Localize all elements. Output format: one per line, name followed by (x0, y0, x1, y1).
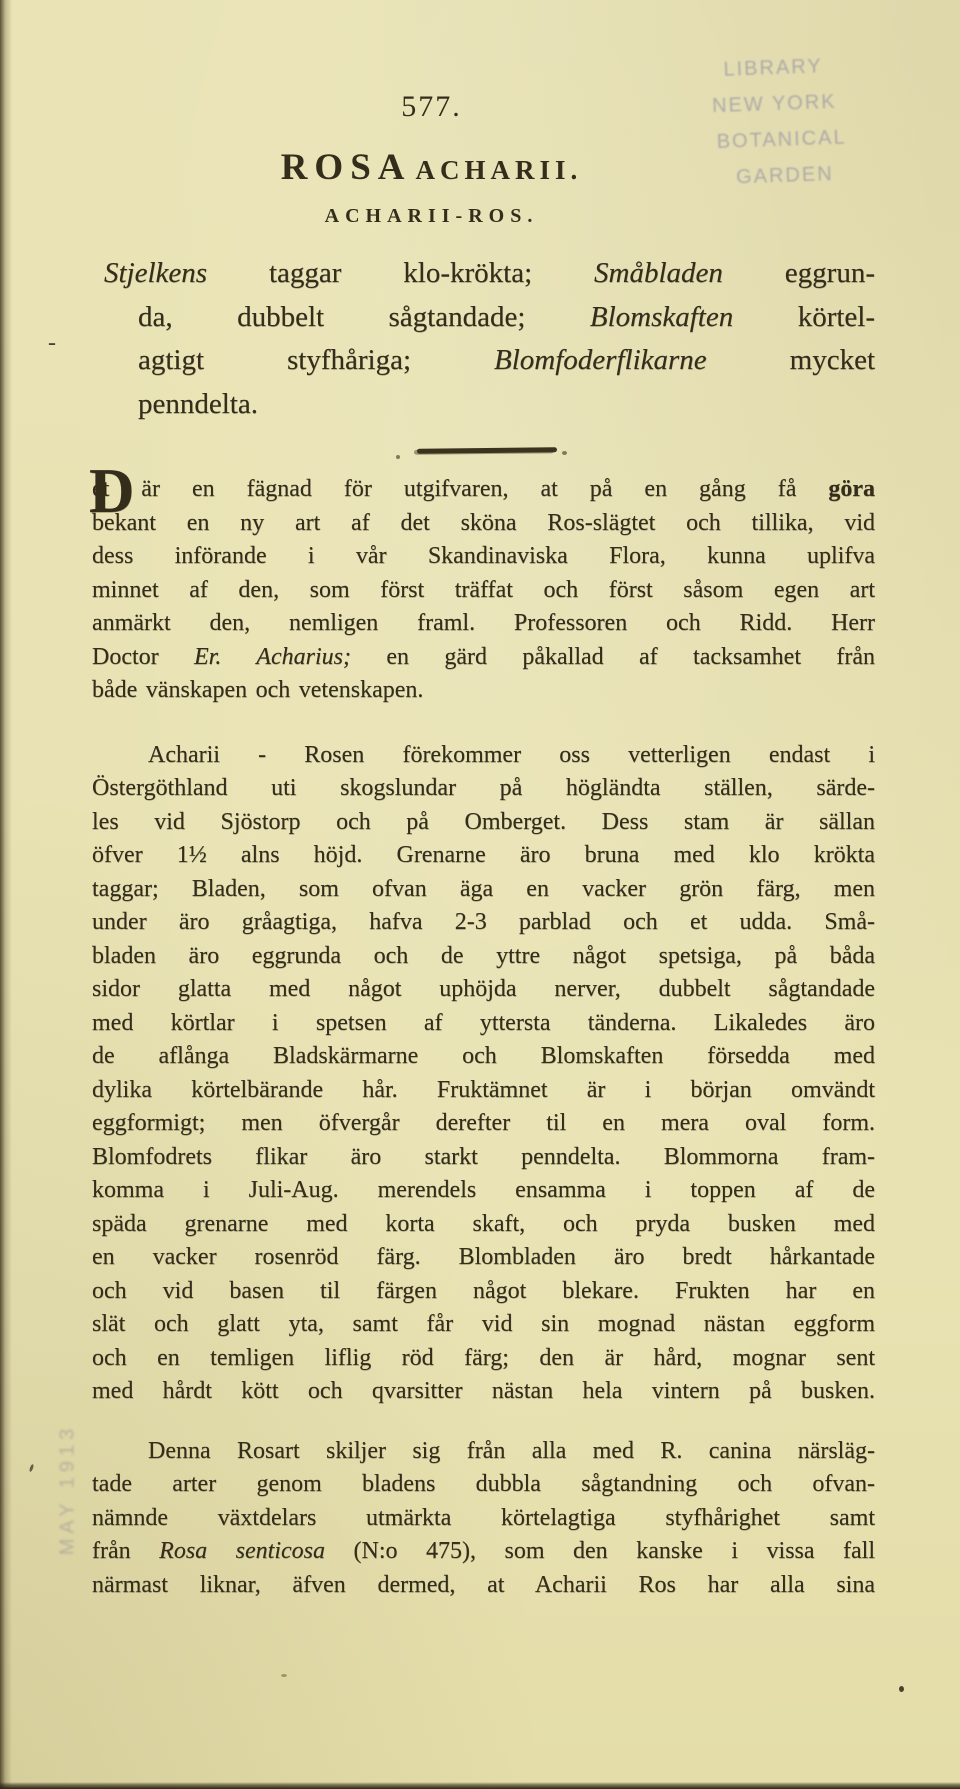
text-line: minnet af den, som först träffat och för… (92, 574, 875, 608)
text-segment: göra (828, 476, 875, 502)
species-title: ROSA ACHARII. (40, 146, 823, 189)
text-segment: körtel- (733, 301, 875, 333)
body-paragraph-2: Acharii - Rosen förekommer oss vetterlig… (92, 739, 875, 1409)
text-line: les vid Sjöstorp och på Omberget. Dess s… (92, 806, 875, 840)
text-segment: med hårdt kött och qvarsitter nästan hel… (92, 1378, 875, 1404)
text-line: nämnde växtdelars utmärkta körtelagtiga … (92, 1502, 875, 1536)
gutter-shadow (0, 0, 12, 1789)
text-segment: dylika körtelbärande hår. Fruktämnet är … (92, 1077, 875, 1103)
text-segment: Denna Rosart skiljer sig från alla med R… (148, 1438, 875, 1464)
species-epithet: ACHARII. (416, 155, 583, 185)
ink-speck (29, 1464, 35, 1473)
text-line: både vänskapen och vetenskapen. (92, 674, 875, 708)
text-line: Stjelkens taggar klo-krökta; Småbladen e… (104, 252, 875, 296)
book-page-scan: LIBRARY NEW YORK BOTANICAL GARDEN MAY 19… (0, 0, 960, 1789)
accession-date-stamp: MAY 1913 (57, 1360, 80, 1620)
text-segment: närmast liknar, äfven dermed, at Acharii… (92, 1572, 875, 1598)
text-segment: under äro gråagtiga, hafva 2-3 parblad o… (92, 909, 875, 935)
text-segment: komma i Juli-Aug. merendels ensamma i to… (92, 1177, 875, 1203)
text-line: från Rosa senticosa (N:o 475), som den k… (92, 1535, 875, 1569)
text-line: komma i Juli-Aug. merendels ensamma i to… (92, 1174, 875, 1208)
text-segment: Blomskaften (590, 301, 733, 333)
text-segment: (N:o 475), som den kanske i vissa fall (325, 1538, 875, 1564)
text-line: en vacker rosenröd färg. Blombladen äro … (92, 1241, 875, 1275)
text-segment: med körtlar i spetsen af yttersta tänder… (92, 1010, 875, 1036)
text-segment: bladen äro eggrunda och de yttre något s… (92, 943, 875, 969)
text-line: de aflånga Bladskärmarne och Blomskaften… (92, 1040, 875, 1074)
ink-speck (562, 451, 567, 455)
page-number: 577. (40, 0, 823, 124)
ink-speck (899, 1686, 904, 1692)
text-line: och vid basen til färgen något blekare. … (92, 1275, 875, 1309)
text-segment: de aflånga Bladskärmarne och Blomskaften… (92, 1043, 875, 1069)
text-segment: eggrun- (723, 257, 875, 289)
text-segment: Er. Acharius; (194, 644, 351, 670)
text-line: tade arter genom bladens dubbla sågtandn… (92, 1468, 875, 1502)
text-segment: eggformigt; men öfvergår derefter til en… (92, 1110, 875, 1136)
page-bottom-edge (0, 1782, 960, 1789)
text-segment: Rosa senticosa (159, 1538, 325, 1564)
text-segment: da, dubbelt sågtandade; (138, 301, 590, 333)
page-content: 577. ROSA ACHARII. ACHARII-ROS. Stjelken… (92, 0, 875, 1602)
section-divider (417, 447, 557, 453)
text-segment: och vid basen til färgen något blekare. … (92, 1278, 875, 1304)
text-segment: tade arter genom bladens dubbla sågtandn… (92, 1471, 875, 1497)
text-line: närmast liknar, äfven dermed, at Acharii… (92, 1569, 875, 1603)
text-segment: bekant en ny art af det sköna Ros-slägte… (92, 510, 875, 536)
text-segment: anmärkt den, nemligen framl. Professoren… (92, 610, 875, 636)
text-line: med körtlar i spetsen af yttersta tänder… (92, 1007, 875, 1041)
text-line: dess införande i vår Skandinaviska Flora… (92, 540, 875, 574)
text-line: öfver 1½ alns höjd. Grenarne äro bruna m… (92, 839, 875, 873)
text-line: et är en fägnad för utgifvaren, at på en… (92, 473, 875, 507)
text-line: slät och glatt yta, samt får vid sin mog… (92, 1308, 875, 1342)
body-paragraph-3: Denna Rosart skiljer sig från alla med R… (92, 1435, 875, 1603)
text-segment: les vid Sjöstorp och på Omberget. Dess s… (92, 809, 875, 835)
genus-name: ROSA (281, 147, 412, 188)
text-line: Blomfodrets flikar äro starkt penndelta.… (92, 1141, 875, 1175)
text-segment: mycket (707, 344, 875, 376)
text-segment: Stjelkens (104, 257, 207, 289)
text-line: bekant en ny art af det sköna Ros-slägte… (92, 507, 875, 541)
text-segment: och en temligen liflig röd färg; den är … (92, 1345, 875, 1371)
text-line: dylika körtelbärande hår. Fruktämnet är … (92, 1074, 875, 1108)
margin-dash-mark: - (48, 330, 56, 357)
text-segment: Östergöthland uti skogslundar på högländ… (92, 775, 875, 801)
text-segment: en gärd påkallad af tacksamhet från (351, 644, 875, 670)
text-segment: taggar klo-krökta; (207, 257, 594, 289)
text-line: taggar; Bladen, som ofvan äga en vacker … (92, 873, 875, 907)
text-line: anmärkt den, nemligen framl. Professoren… (92, 607, 875, 641)
text-segment: sidor glatta med något uphöjda nerver, d… (92, 976, 875, 1002)
text-segment: nämnde växtdelars utmärkta körtelagtiga … (92, 1505, 875, 1531)
text-line: da, dubbelt sågtandade; Blomskaften kört… (104, 296, 875, 340)
text-segment: Doctor (92, 644, 194, 670)
text-line: Doctor Er. Acharius; en gärd påkallad af… (92, 641, 875, 675)
text-segment: et är en fägnad för utgifvaren, at på en… (92, 476, 828, 502)
text-segment: Småbladen (594, 257, 723, 289)
text-line: med hårdt kött och qvarsitter nästan hel… (92, 1375, 875, 1409)
text-line: späda grenarne med korta skaft, och pryd… (92, 1208, 875, 1242)
diagnosis-paragraph: Stjelkens taggar klo-krökta; Småbladen e… (92, 252, 875, 426)
text-segment: dess införande i vår Skandinaviska Flora… (92, 543, 875, 569)
text-line: Acharii - Rosen förekommer oss vetterlig… (92, 739, 875, 773)
text-segment: minnet af den, som först träffat och för… (92, 577, 875, 603)
text-segment: agtigt styfhåriga; (138, 344, 494, 376)
text-line: Östergöthland uti skogslundar på högländ… (92, 772, 875, 806)
text-line: agtigt styfhåriga; Blomfoderflikarne myc… (104, 339, 875, 383)
text-line: penndelta. (104, 383, 875, 427)
text-segment: Blomfodrets flikar äro starkt penndelta.… (92, 1144, 875, 1170)
text-segment: slät och glatt yta, samt får vid sin mog… (92, 1311, 875, 1337)
text-line: bladen äro eggrunda och de yttre något s… (92, 940, 875, 974)
text-segment: från (92, 1538, 159, 1564)
text-segment: Acharii - Rosen förekommer oss vetterlig… (148, 742, 875, 768)
page-heading: 577. ROSA ACHARII. ACHARII-ROS. (40, 0, 823, 228)
body-paragraph-1: Det är en fägnad för utgifvaren, at på e… (92, 473, 875, 708)
text-segment: taggar; Bladen, som ofvan äga en vacker … (92, 876, 875, 902)
text-segment: Blomfoderflikarne (494, 344, 707, 376)
drop-cap-initial: D (89, 460, 135, 523)
text-line: sidor glatta med något uphöjda nerver, d… (92, 973, 875, 1007)
text-segment: öfver 1½ alns höjd. Grenarne äro bruna m… (92, 842, 875, 868)
text-segment: späda grenarne med korta skaft, och pryd… (92, 1211, 875, 1237)
ink-speck (281, 1674, 287, 1677)
ink-speck (396, 455, 400, 459)
text-line: och en temligen liflig röd färg; den är … (92, 1342, 875, 1376)
text-line: under äro gråagtiga, hafva 2-3 parblad o… (92, 906, 875, 940)
vernacular-name-subtitle: ACHARII-ROS. (40, 205, 823, 228)
text-segment: penndelta. (138, 388, 258, 420)
text-line: eggformigt; men öfvergår derefter til en… (92, 1107, 875, 1141)
text-segment: en vacker rosenröd färg. Blombladen äro … (92, 1244, 875, 1270)
text-segment: både vänskapen och vetenskapen. (92, 677, 423, 703)
text-line: Denna Rosart skiljer sig från alla med R… (92, 1435, 875, 1469)
